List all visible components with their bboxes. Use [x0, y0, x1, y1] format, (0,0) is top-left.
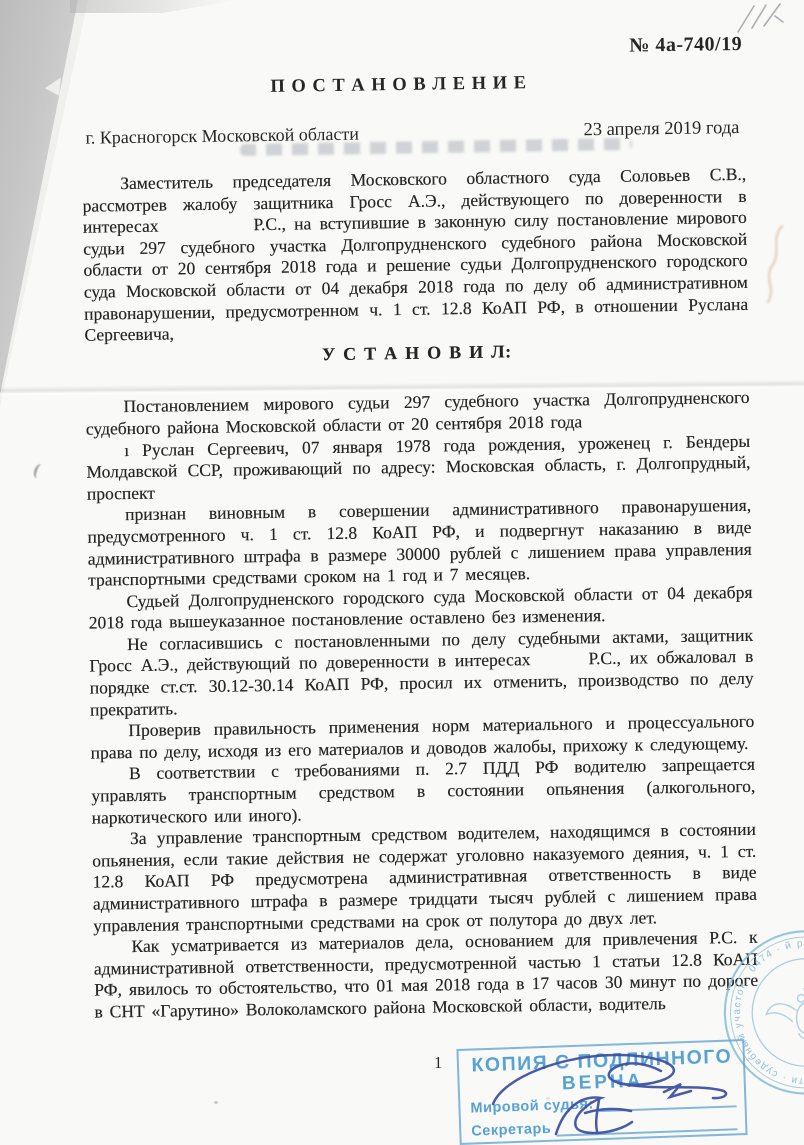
paragraph-pdd-rule: В соответствии с требованиями п. 2.7 ПДД…: [91, 754, 756, 829]
place-date-row: г. Красногорск Московской области 23 апр…: [0, 117, 802, 150]
paragraph-case-circumstances: Как усматривается из материалов дела, ос…: [93, 927, 758, 1023]
paragraph-appeal: Не согласившись с постановленными по дел…: [89, 625, 754, 721]
case-number: № 4а-740/19: [0, 32, 800, 67]
scanned-court-document: № 4а-740/19 П О С Т А Н О В Л Е Н И Е г.…: [0, 0, 804, 1145]
intro-text-after-redaction: Р.С., на вступившие в законную силу пост…: [83, 207, 748, 345]
person-details-block: ı Руслан Сергеевич, 07 января 1978 года …: [86, 430, 751, 505]
redacted-name-gap: [530, 664, 588, 666]
document-title: П О С Т А Н О В Л Е Н И Е: [0, 69, 801, 102]
scan-speck: [214, 1101, 218, 1104]
paragraph-guilty-finding: признан виновным в совершении администра…: [87, 495, 752, 591]
handwritten-signature: [468, 1040, 748, 1144]
paragraph-koap-sanction: За управление транспортным средством вод…: [92, 819, 758, 937]
page-number: 1: [434, 1053, 442, 1073]
text-block: Заместитель председателя Московского обл…: [0, 163, 804, 1024]
document-body: № 4а-740/19 П О С Т А Н О В Л Е Н И Е г.…: [0, 0, 804, 1024]
redacted-name-gap: [158, 229, 253, 231]
intro-paragraph: Заместитель председателя Московского обл…: [82, 164, 748, 347]
seal-eagle-emblem: [766, 987, 804, 1039]
issuing-city: г. Красногорск Московской области: [85, 124, 359, 149]
document-date: 23 апреля 2019 года: [583, 118, 739, 141]
